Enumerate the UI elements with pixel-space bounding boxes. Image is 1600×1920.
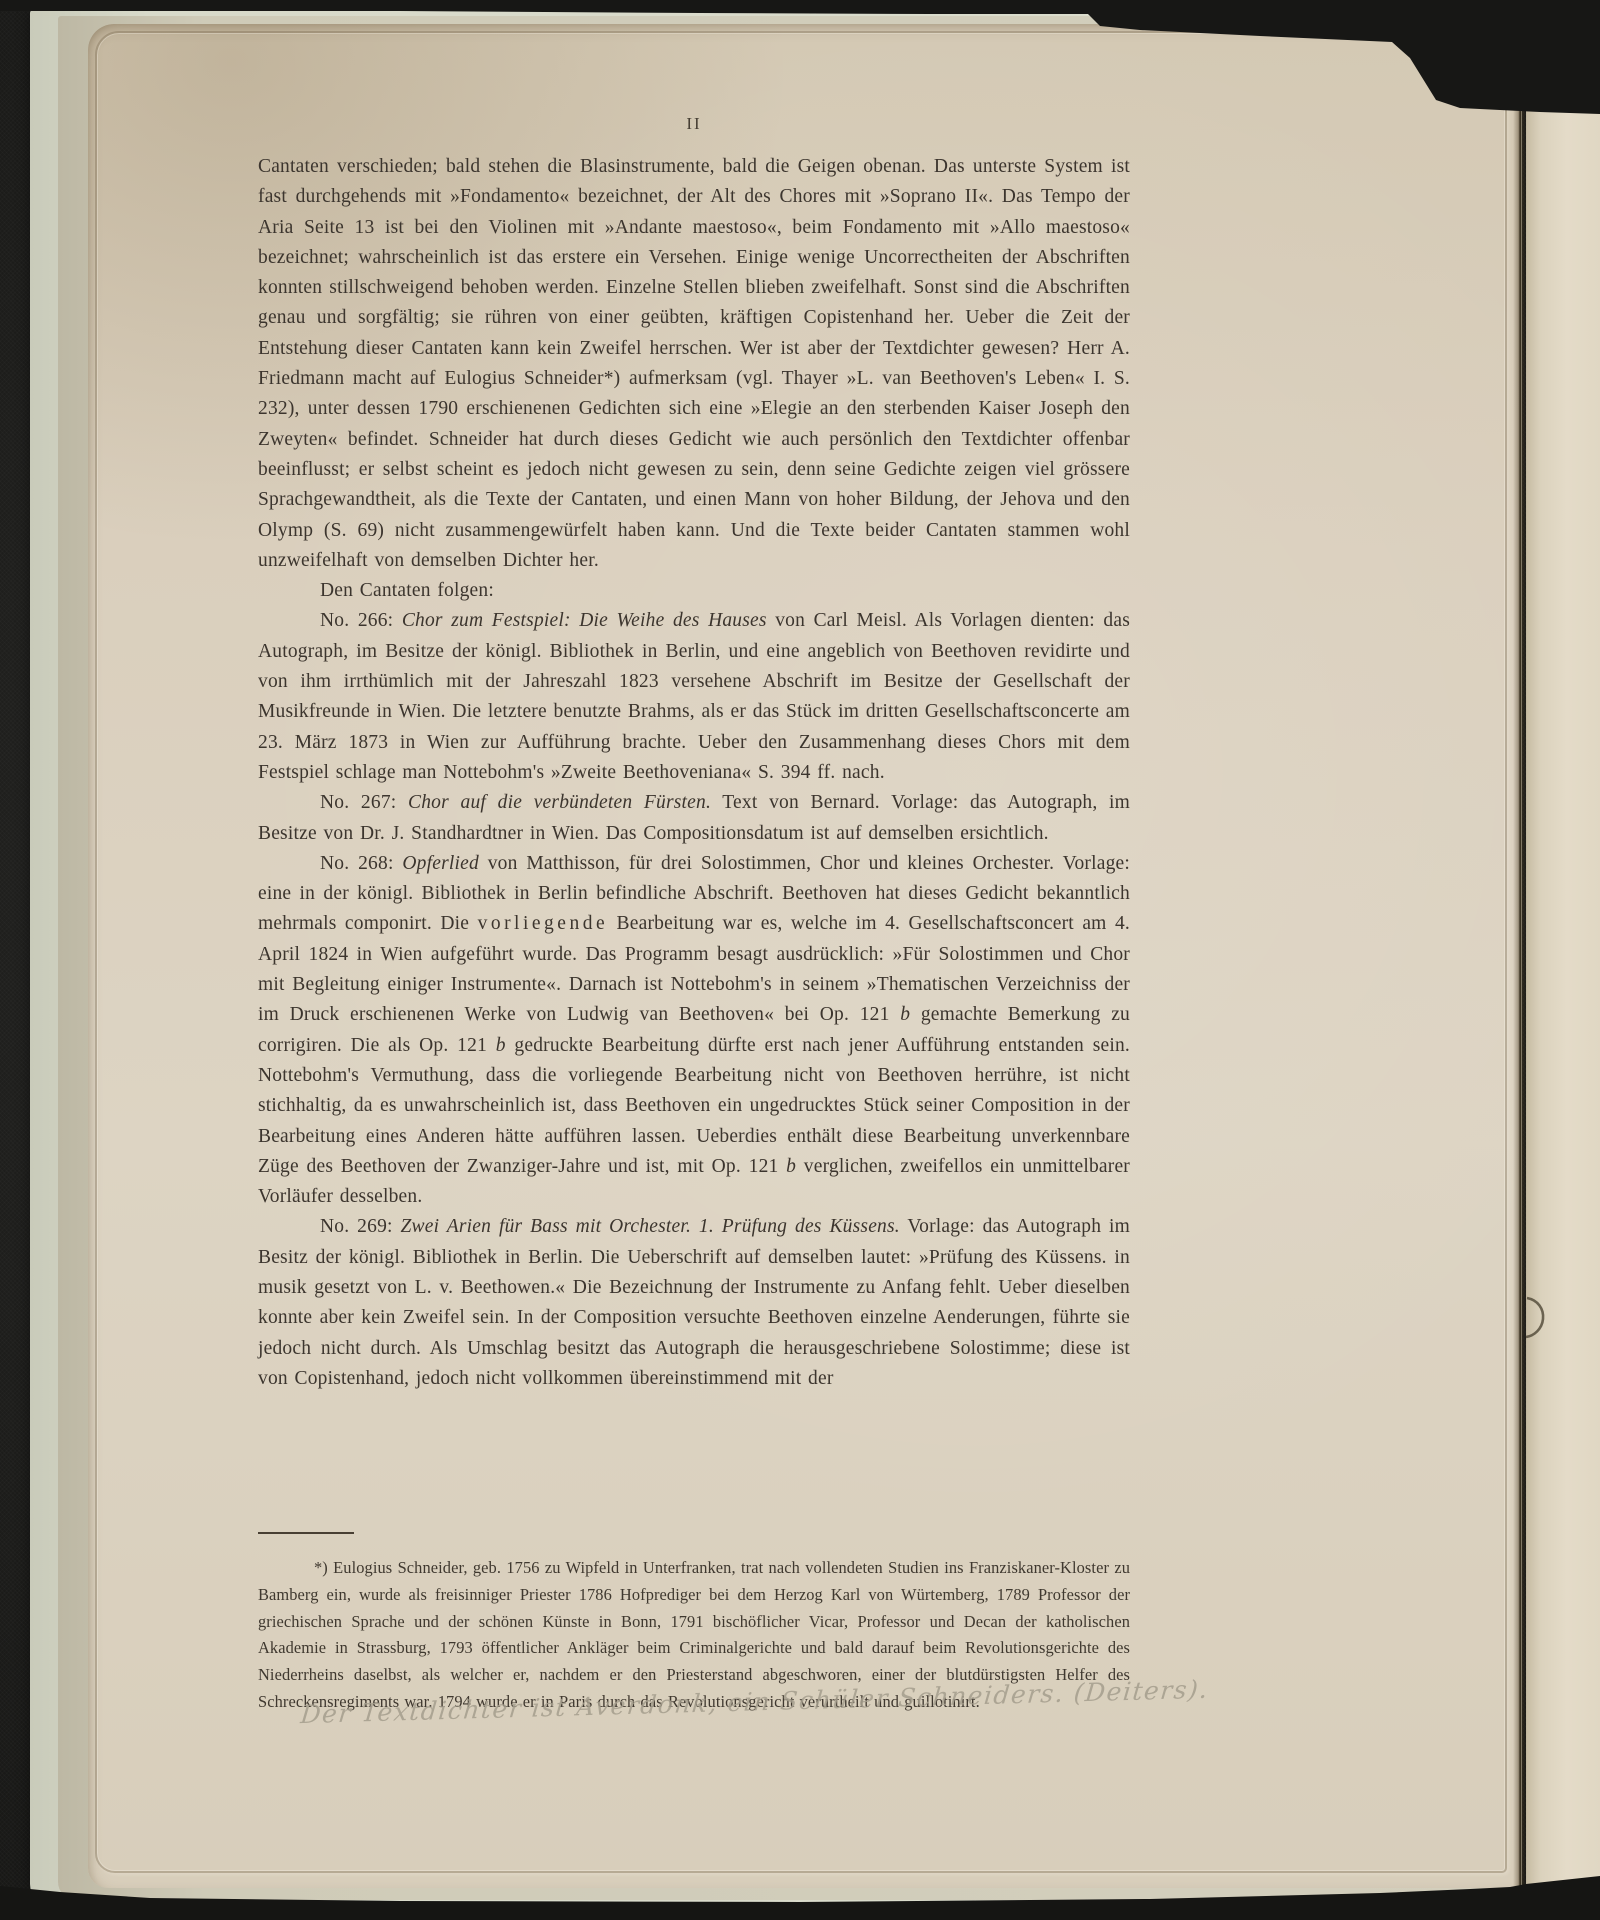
text-run: No. 266: bbox=[320, 610, 402, 631]
text-run: Zwei Arien für Bass mit Orchester. 1. Pr… bbox=[401, 1216, 900, 1237]
text-run: vorliegende bbox=[478, 913, 609, 934]
text-run: Vorlage: das Autograph im Besitz der kön… bbox=[258, 1216, 1130, 1388]
paragraph: No. 268: Opferlied von Matthisson, für d… bbox=[258, 849, 1130, 1213]
text-run: Chor auf die verbündeten Fürsten. bbox=[408, 792, 711, 813]
text-run: Opferlied bbox=[402, 853, 479, 874]
facing-page bbox=[1526, 98, 1600, 1892]
text-run: b bbox=[496, 1035, 506, 1056]
paragraph: Den Cantaten folgen: bbox=[258, 576, 1130, 606]
footnote-separator bbox=[258, 1532, 354, 1534]
text-run: No. 267: bbox=[320, 792, 408, 813]
paragraph: Cantaten verschieden; bald stehen die Bl… bbox=[258, 152, 1130, 576]
text-block: Cantaten verschieden; bald stehen die Bl… bbox=[258, 152, 1130, 1394]
text-run: No. 268: bbox=[320, 853, 402, 874]
paragraph: No. 269: Zwei Arien für Bass mit Orchest… bbox=[258, 1212, 1130, 1394]
book-gutter bbox=[1513, 98, 1527, 1892]
text-run: b bbox=[900, 1004, 910, 1025]
page-number: II bbox=[258, 114, 1130, 134]
text-run: b bbox=[786, 1156, 796, 1177]
paragraph: No. 267: Chor auf die verbündeten Fürste… bbox=[258, 788, 1130, 849]
paragraph: No. 266: Chor zum Festspiel: Die Weihe d… bbox=[258, 606, 1130, 788]
text-run: Chor zum Festspiel: Die Weihe des Hauses bbox=[402, 610, 767, 631]
book-page: II Cantaten verschieden; bald stehen die… bbox=[88, 24, 1520, 1888]
text-run: Den Cantaten folgen: bbox=[320, 580, 494, 601]
text-run: Cantaten verschieden; bald stehen die Bl… bbox=[258, 156, 1130, 571]
text-run: No. 269: bbox=[320, 1216, 401, 1237]
text-run: von Carl Meisl. Als Vorlagen dienten: da… bbox=[258, 610, 1130, 782]
